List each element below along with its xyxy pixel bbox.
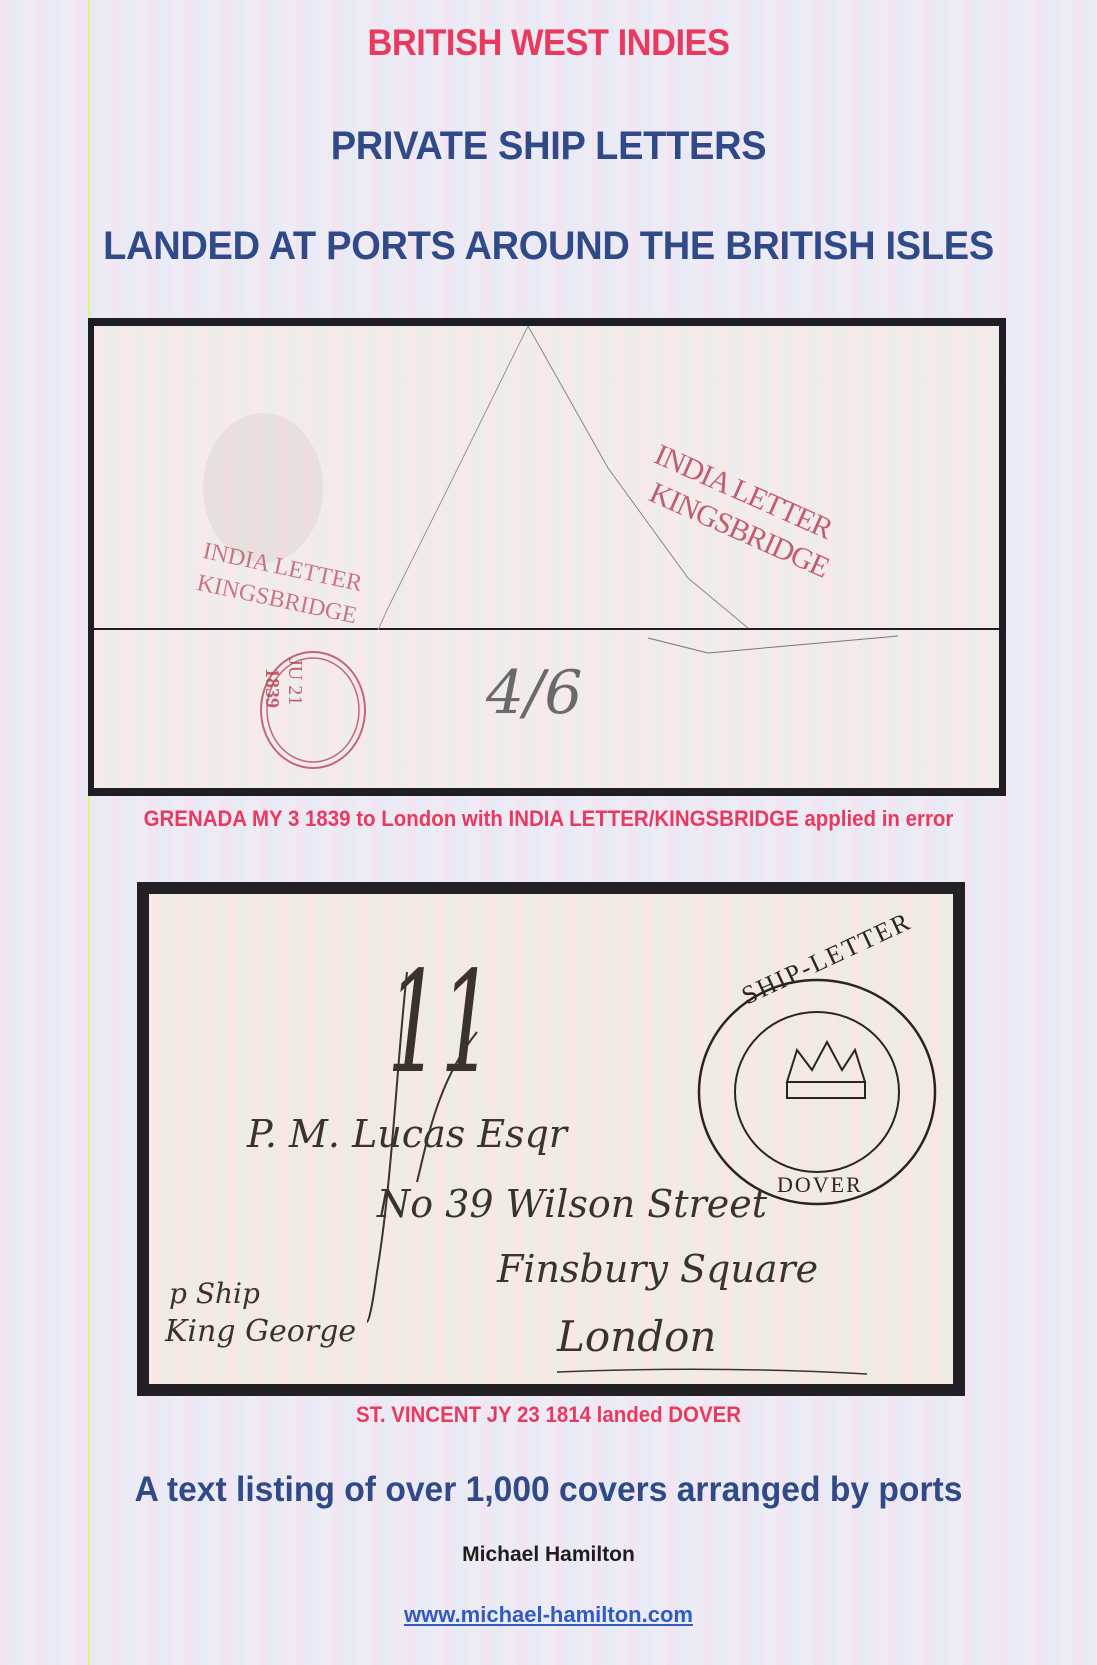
tagline: A text listing of over 1,000 covers arra… (22, 1470, 1075, 1510)
page-subtitle: PRIVATE SHIP LETTERS (27, 124, 1069, 169)
cover-image-st-vincent: SHIP-LETTER DOVER 11 P. M. Lucas Esqr No… (137, 882, 965, 1396)
endorsement-line-2: King George (165, 1314, 356, 1349)
crown-icon (787, 1042, 865, 1082)
website-link[interactable]: www.michael-hamilton.com (0, 1602, 1097, 1628)
manuscript-rate: 4/6 (486, 658, 583, 728)
endorsement-line-1: p Ship (169, 1277, 260, 1310)
address-line-1: P. M. Lucas Esqr (247, 1112, 567, 1156)
page-title: BRITISH WEST INDIES (38, 22, 1058, 64)
address-line-2: No 39 Wilson Street (377, 1182, 767, 1226)
address-line-3: Finsbury Square (497, 1247, 818, 1291)
datestamp-date: JU 21 (283, 658, 306, 705)
cover-caption: ST. VINCENT JY 23 1814 landed DOVER (38, 1402, 1058, 1428)
dover-handstamp-text: DOVER (777, 1172, 863, 1198)
page-subtitle-2: LANDED AT PORTS AROUND THE BRITISH ISLES (27, 224, 1069, 269)
address-line-4: London (557, 1312, 716, 1361)
author-name: Michael Hamilton (0, 1543, 1097, 1567)
datestamp-year: 1839 (260, 668, 283, 708)
manuscript-rate: 11 (387, 942, 494, 1105)
cover-image-grenada: INDIA LETTER KINGSBRIDGE INDIA LETTER KI… (88, 318, 1006, 796)
cover-caption: GRENADA MY 3 1839 to London with INDIA L… (38, 806, 1058, 832)
